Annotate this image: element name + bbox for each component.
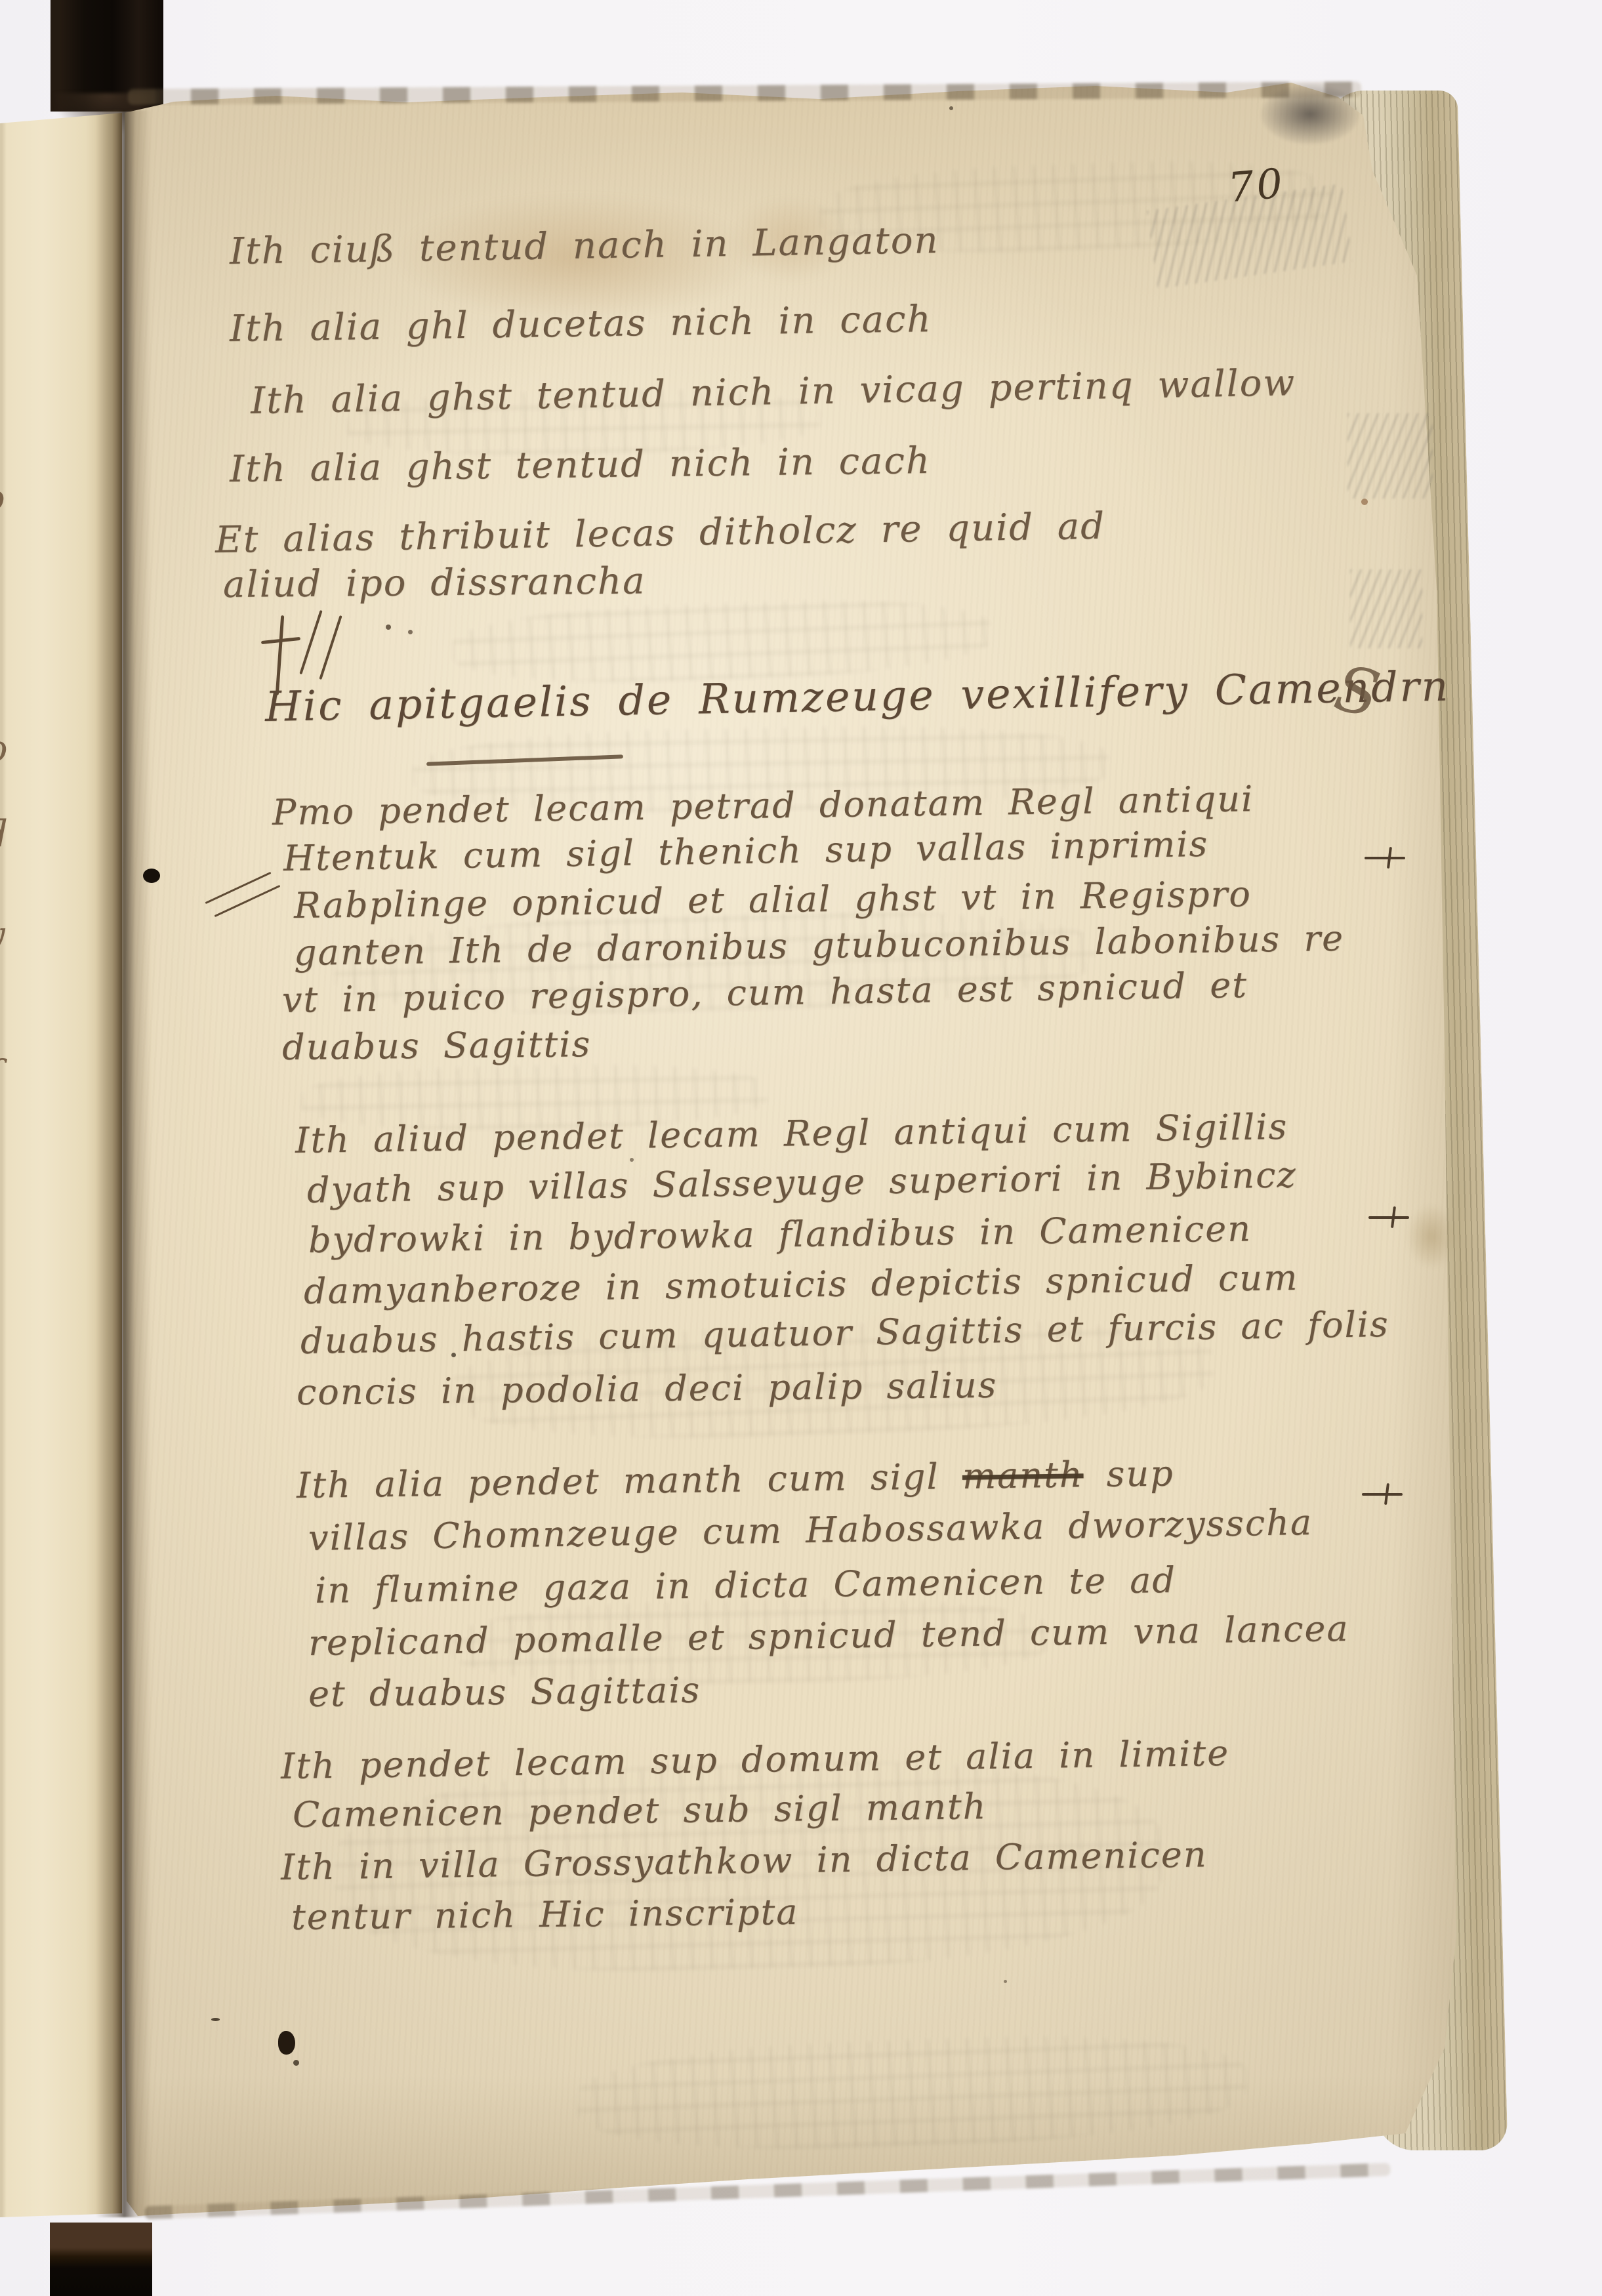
margin-ink-dot [143, 869, 160, 883]
manuscript-line: tentur nich Hic inscripta [291, 1895, 799, 1935]
ink-blot [278, 2031, 295, 2055]
ink-dot [408, 630, 413, 634]
corner-stain [1261, 84, 1359, 144]
manuscript-line: duabus Sagittis [282, 1027, 592, 1065]
cutoff-letter: ſ [0, 1056, 2, 1093]
manuscript-line: Ith alia ghl ducetas nich in cach [230, 301, 932, 348]
ink-speck [293, 2060, 299, 2066]
manuscript-scan: ‐ o ɔ d y ſ 70 Ith ciuß tentud nach in L… [0, 0, 1602, 2296]
line-post: sup [1083, 1452, 1174, 1495]
manuscript-line: Ith ciuß tentud nach in Langaton [230, 222, 939, 270]
margin-plus-mark [1368, 1216, 1409, 1219]
pencil-smudge [1347, 413, 1433, 499]
cutoff-letter: d [0, 816, 8, 853]
manuscript-line: Ith alia ghst tentud nich in cach [230, 443, 932, 488]
heading-pre: Hic apitgaelis de [264, 675, 699, 731]
cutoff-letter: ɔ [0, 731, 7, 768]
ink-speck [211, 2018, 220, 2021]
manuscript-line: aliud ipo dissrancha [223, 563, 646, 604]
cutoff-letter: o [0, 480, 5, 517]
manuscript-line: et duabus Sagittais [308, 1673, 701, 1712]
binding-strap-bottom [50, 2223, 152, 2296]
manuscript-line: Camenicen pendet sub sigl manth [293, 1789, 987, 1833]
gutter-shadow [96, 110, 151, 2217]
ink-speck [1004, 1980, 1007, 1983]
margin-plus-mark [1365, 857, 1405, 859]
rust-speck [1361, 499, 1368, 505]
manuscript-line: in flumine gaza in dicta Camenicen te ad [315, 1563, 1177, 1609]
cutoff-letter: y [0, 917, 5, 954]
heading-underlined-word: Rumzeuge [698, 671, 935, 723]
pencil-smudge [1350, 569, 1422, 648]
margin-plus-mark [1362, 1493, 1403, 1496]
ink-dot [386, 625, 391, 630]
ink-speck [949, 106, 953, 110]
ink-speck [630, 1158, 634, 1162]
edge-stain [1408, 1206, 1455, 1267]
manuscript-line: concis in podolia deci palip salius [297, 1368, 998, 1410]
struck-word: manth [962, 1454, 1084, 1497]
folio-number: 70 [1226, 163, 1286, 208]
ink-speck [451, 1353, 456, 1357]
